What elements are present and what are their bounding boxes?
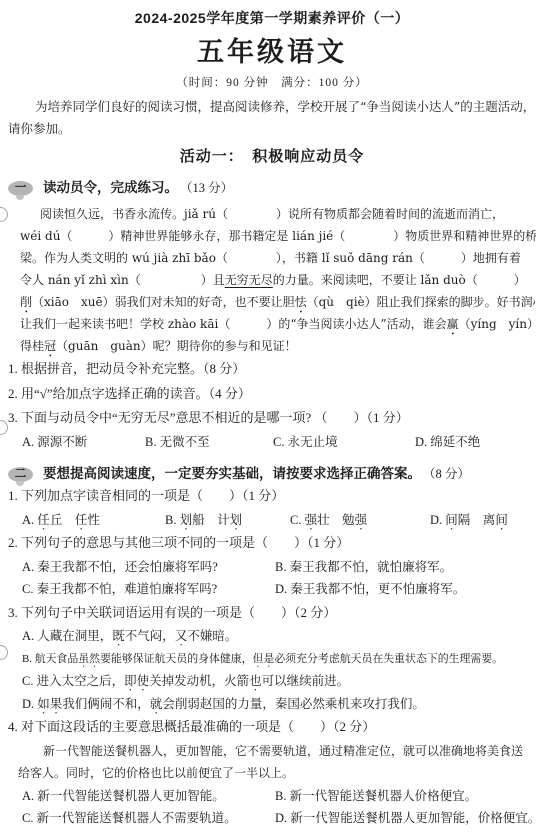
intro-line: 请你参加。 bbox=[8, 118, 536, 140]
exam-meta: （时间：90 分钟 满分：100 分） bbox=[8, 76, 536, 90]
option-c: C. 永无止境 bbox=[273, 431, 338, 454]
option-b: B. 划船 计划 bbox=[165, 509, 242, 533]
question-1-1: 1. 根据拼音，把动员令补充完整。（8 分） bbox=[8, 357, 536, 382]
paragraph-line: 削（xiāo xuē）弱我们对未知的好奇，也不要让胆怯（qù qiè）阻止我们探… bbox=[20, 291, 536, 313]
question-2-2-options-row-2: C. 秦王我都不怕，难道怕廉将军吗? D. 秦王我都不怕，更不怕廉将军。 bbox=[8, 578, 536, 601]
paragraph-line: 让我们一起来读书吧！学校 zhào kāi（ ）的“争当阅读小达人”活动，谁会赢… bbox=[20, 313, 536, 335]
passage-line: 新一代智能送餐机器人，更加智能，它不需要轨道，通过精准定位，就可以准确地将美食送 bbox=[8, 740, 536, 763]
paragraph-line: 得桂冠（guān guàn）呢？期待你的参与和见证！ bbox=[20, 335, 536, 357]
section-two-header: 二 要想提高阅读速度，一定要夯实基础，请按要求选择正确答案。 （8 分） bbox=[8, 464, 536, 484]
activity-one-heading: 活动一： 积极响应动员令 bbox=[8, 147, 536, 167]
margin-stamp bbox=[0, 420, 8, 435]
question-2-1-options: A. 任丘 任性 B. 划船 计划 C. 强壮 勉强 D. 间隔 离间 bbox=[8, 509, 536, 532]
section-one-title: 读动员令，完成练习。 bbox=[43, 178, 178, 198]
option-a: A. 源源不断 bbox=[22, 431, 87, 454]
question-2-3: 3. 下列句子中关联词语运用有误的一项是（ ）（2 分） bbox=[8, 601, 536, 626]
paragraph-line: 梁。作为人类文明的 wú jià zhī bǎo（ ），书籍 lǐ suǒ dā… bbox=[20, 247, 536, 269]
option-b: B. 无微不至 bbox=[145, 431, 210, 454]
option-c: C. 新一代智能送餐机器人不需要轨道。 bbox=[22, 807, 237, 830]
question-2-4: 4. 对下面这段话的主要意思概括最准确的一项是（ ）（2 分） bbox=[8, 715, 536, 740]
option-b: B. 新一代智能送餐机器人价格便宜。 bbox=[275, 785, 477, 808]
option-c: C. 进入太空之后，即使关掉发动机，火箭也可以继续前进。 bbox=[8, 670, 536, 693]
option-d: D. 间隔 离间 bbox=[430, 509, 508, 533]
section-one-score: （13 分） bbox=[180, 178, 233, 198]
question-1-3: 3. 下面与动员令中“无穷无尽”意思不相近的是哪一项? （ ）（1 分） bbox=[8, 406, 536, 431]
question-1-3-options: A. 源源不断 B. 无微不至 C. 永无止境 D. 绵延不绝 bbox=[8, 431, 536, 454]
option-d: D. 秦王我都不怕，更不怕廉将军。 bbox=[275, 578, 465, 601]
option-d: D. 如果我们俩闹不和，就会削弱赵国的力量，秦国必然乘机来攻打我们。 bbox=[8, 693, 536, 716]
exam-subject-title: 五年级语文 bbox=[8, 36, 536, 68]
option-a: A. 人藏在洞里，既不气闷，又不嫌暗。 bbox=[8, 625, 536, 648]
section-two-title: 要想提高阅读速度，一定要夯实基础，请按要求选择正确答案。 bbox=[43, 464, 421, 484]
paragraph-line: 令人 nán yǐ zhì xìn（ ）且无穷无尽的力量。来阅读吧，不要让 lǎ… bbox=[20, 269, 536, 291]
paragraph-line: 阅读恒久远，书香永流传。jiǎ rú（ ）说所有物质都会随着时间的流逝而消亡， bbox=[20, 203, 536, 225]
option-a: A. 新一代智能送餐机器人更加智能。 bbox=[22, 785, 225, 808]
option-b: B. 航天食品虽然要能够保证航天员的身体健康，但是必须充分考虑航天员在失重状态下… bbox=[8, 648, 536, 671]
margin-stamp bbox=[0, 645, 8, 660]
option-b: B. 秦王我都不怕，就怕廉将军。 bbox=[275, 556, 452, 579]
option-a: A. 秦王我都不怕，还会怕廉将军吗? bbox=[22, 556, 218, 579]
question-2-2-options-row-1: A. 秦王我都不怕，还会怕廉将军吗? B. 秦王我都不怕，就怕廉将军。 bbox=[8, 556, 536, 579]
option-a: A. 任丘 任性 bbox=[22, 509, 100, 533]
exam-term-title: 2024-2025学年度第一学期素养评价（一） bbox=[8, 0, 536, 27]
mobilization-paragraph: 阅读恒久远，书香永流传。jiǎ rú（ ）说所有物质都会随着时间的流逝而消亡， … bbox=[20, 203, 536, 357]
question-2-1: 1. 下列加点字读音相同的一项是（ ）（1 分） bbox=[8, 484, 536, 509]
question-2-4-options-row-2: C. 新一代智能送餐机器人不需要轨道。 D. 新一代智能送餐机器人更加智能，价格… bbox=[8, 807, 536, 830]
question-2-2: 2. 下列句子的意思与其他三项不同的一项是（ ）（1 分） bbox=[8, 531, 536, 556]
section-two-badge: 二 bbox=[8, 467, 33, 482]
section-one-badge: 一 bbox=[8, 181, 33, 196]
option-d: D. 新一代智能送餐机器人更加智能，价格便宜。 bbox=[275, 807, 540, 830]
option-d: D. 绵延不绝 bbox=[415, 431, 480, 454]
section-two-score: （8 分） bbox=[423, 464, 470, 484]
margin-stamp bbox=[0, 207, 8, 222]
paragraph-line: wéi dú（ ）精神世界能够永存，那书籍定是 lián jié（ ）物质世界和… bbox=[20, 225, 536, 247]
exam-page: 2024-2025学年度第一学期素养评价（一） 五年级语文 （时间：90 分钟 … bbox=[0, 0, 544, 838]
option-c: C. 秦王我都不怕，难道怕廉将军吗? bbox=[22, 578, 217, 601]
intro-line: 为培养同学们良好的阅读习惯，提高阅读修养，学校开展了“争当阅读小达人”的主题活动… bbox=[8, 96, 536, 118]
section-one-header: 一 读动员令，完成练习。 （13 分） bbox=[8, 178, 536, 198]
question-1-2: 2. 用“√”给加点字选择正确的读音。（4 分） bbox=[8, 382, 536, 407]
question-2-4-options-row-1: A. 新一代智能送餐机器人更加智能。 B. 新一代智能送餐机器人价格便宜。 bbox=[8, 785, 536, 808]
passage-line: 给客人。同时，它的价格也比以前便宜了一半以上。 bbox=[8, 762, 536, 785]
intro-paragraph: 为培养同学们良好的阅读习惯，提高阅读修养，学校开展了“争当阅读小达人”的主题活动… bbox=[8, 96, 536, 140]
option-c: C. 强壮 勉强 bbox=[290, 509, 367, 533]
